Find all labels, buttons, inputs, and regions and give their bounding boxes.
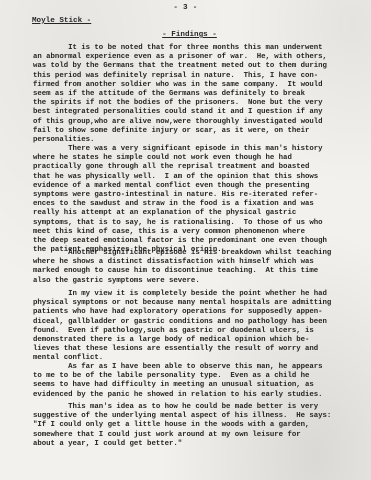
paragraph-prisoner-experience: It is to be noted that for three months … — [33, 44, 363, 145]
subject-heading: Moyle Stick - — [32, 17, 91, 25]
paragraph-personality-type: As far as I have been able to observe th… — [33, 363, 363, 400]
document-page: - 3 - Moyle Stick - - Findings - It is t… — [0, 0, 371, 480]
paragraph-teaching-breakdown: Another significant episode is his break… — [33, 249, 363, 286]
section-title: - Findings - — [0, 31, 371, 39]
page-number: - 3 - — [0, 4, 371, 12]
paragraph-physical-symptoms: In my view it is completely beside the p… — [33, 290, 363, 364]
paragraph-significant-episode: There was a very significant episode in … — [33, 145, 363, 255]
paragraph-patient-idea: This man's idea as to how he could be ma… — [33, 403, 363, 449]
